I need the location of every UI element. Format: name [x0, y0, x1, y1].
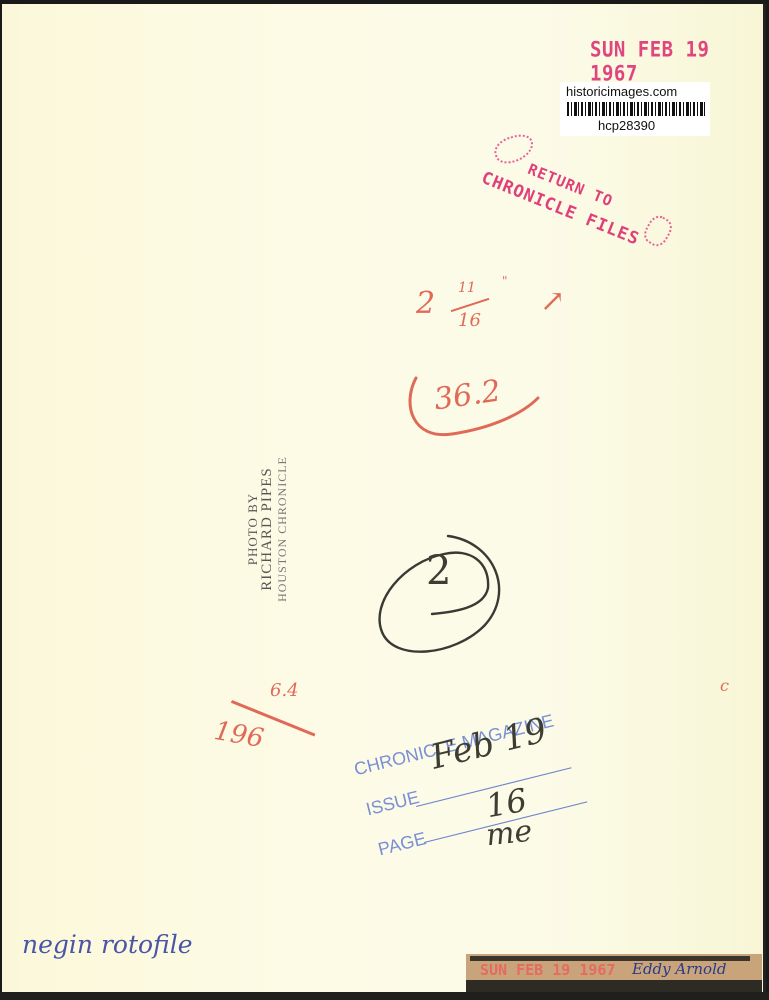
stamp-ornament-icon: [640, 212, 676, 250]
inch-mark: ": [502, 274, 508, 288]
scan-border: [0, 992, 769, 1000]
size-numerator: 11: [458, 280, 476, 296]
measure-arc-icon: [402, 374, 552, 444]
size-whole: 2: [416, 286, 435, 321]
photo-back-sheet: SUN FEB 19 1967 historicimages.com hcp28…: [2, 4, 766, 992]
stamp-ornament-icon: [491, 131, 536, 166]
label-site: historicimages.com: [566, 84, 677, 99]
arrow-icon: ↗: [540, 284, 565, 319]
barcode-icon: [567, 102, 707, 116]
issue-label: ISSUE: [364, 787, 422, 820]
page-label: PAGE: [376, 828, 428, 860]
caption-date: SUN FEB 19 1967: [480, 961, 615, 979]
bottom-note: negin rotofile: [22, 930, 193, 959]
magazine-stamp: CHRONICLE MAGAZINE ISSUE PAGE: [346, 694, 596, 864]
barcode-label: historicimages.com hcp28390: [560, 82, 710, 136]
caption-name: Eddy Arnold: [632, 960, 727, 978]
date-stamp: SUN FEB 19 1967: [590, 38, 763, 86]
return-stamp: RETURN TO CHRONICLE FILES: [480, 132, 690, 282]
credit-line1: PHOTO BY: [245, 429, 260, 629]
initials: me: [484, 814, 534, 854]
label-code: hcp28390: [598, 118, 655, 133]
fraction-top: 6.4: [270, 680, 299, 701]
circled-number: 2: [426, 548, 451, 594]
fraction-bottom: 196: [212, 716, 266, 754]
caption-strip: SUN FEB 19 1967 Eddy Arnold: [466, 954, 762, 994]
margin-mark: c: [720, 676, 729, 695]
credit-line3: HOUSTON CHRONICLE: [275, 429, 290, 629]
size-denominator: 16: [458, 310, 481, 331]
photo-credit-stamp: PHOTO BY RICHARD PIPES HOUSTON CHRONICLE: [245, 429, 295, 629]
credit-line2: RICHARD PIPES: [260, 429, 275, 629]
